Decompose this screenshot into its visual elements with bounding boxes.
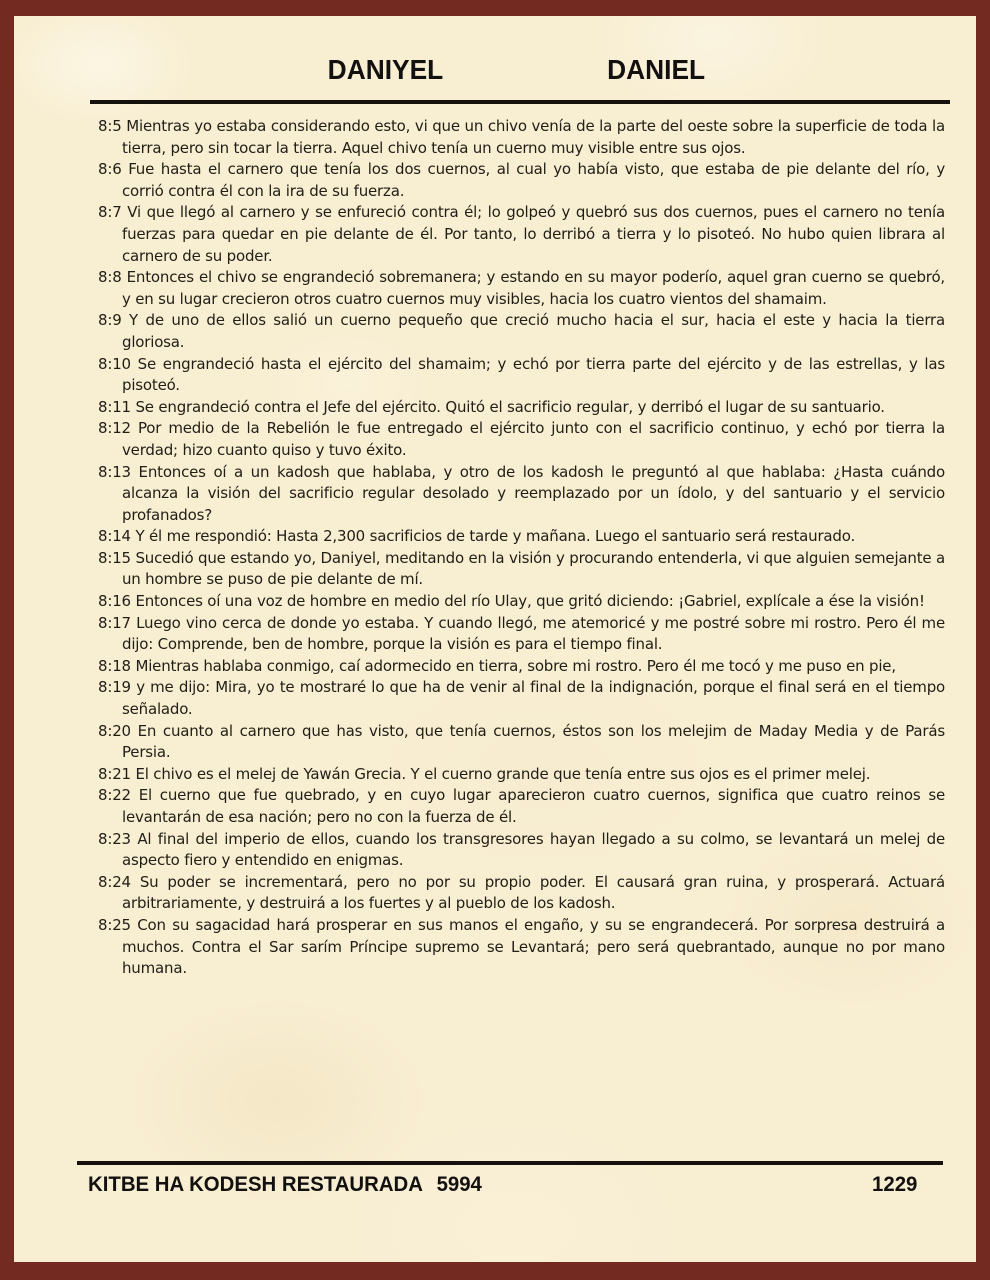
verse-ref: 8:10 <box>98 355 131 373</box>
verse: 8:14 Y él me respondió: Hasta 2,300 sacr… <box>98 526 945 548</box>
verse-ref: 8:24 <box>98 873 131 891</box>
verse-ref: 8:9 <box>98 311 122 329</box>
verse-ref: 8:22 <box>98 786 131 804</box>
footer-year: 5994 <box>437 1173 482 1196</box>
verse-text: Por medio de la Rebelión le fue entregad… <box>122 419 945 459</box>
verse: 8:7 Vi que llegó al carnero y se enfurec… <box>98 202 945 267</box>
verse-text: Se engrandeció contra el Jefe del ejérci… <box>135 398 884 416</box>
verse-text: Su poder se incrementará, pero no por su… <box>122 873 945 913</box>
verse-ref: 8:6 <box>98 160 122 178</box>
page-number: 1229 <box>872 1173 917 1197</box>
verse-text: Mientras hablaba conmigo, caí adormecido… <box>135 657 895 675</box>
verse: 8:11 Se engrandeció contra el Jefe del e… <box>98 397 945 419</box>
verse-text: Y él me respondió: Hasta 2,300 sacrifici… <box>135 527 855 545</box>
verse: 8:25 Con su sagacidad hará prosperar en … <box>98 915 945 980</box>
verse-list: 8:5 Mientras yo estaba considerando esto… <box>98 116 945 980</box>
title-transliterated: DANIYEL <box>328 54 444 86</box>
verse-ref: 8:18 <box>98 657 131 675</box>
verse-ref: 8:23 <box>98 830 131 848</box>
verse-ref: 8:5 <box>98 117 122 135</box>
verse-text: Con su sagacidad hará prosperar en sus m… <box>122 916 945 977</box>
verse-text: Vi que llegó al carnero y se enfureció c… <box>122 203 945 264</box>
verse-text: Fue hasta el carnero que tenía los dos c… <box>122 160 945 200</box>
verse: 8:12 Por medio de la Rebelión le fue ent… <box>98 418 945 461</box>
verse-text: En cuanto al carnero que has visto, que … <box>122 722 945 762</box>
verse-text: Entonces oí una voz de hombre en medio d… <box>135 592 924 610</box>
book-page: DANIYEL DANIEL 8:5 Mientras yo estaba co… <box>0 0 990 1280</box>
verse-text: Luego vino cerca de donde yo estaba. Y c… <box>122 614 945 654</box>
verse-ref: 8:15 <box>98 549 131 567</box>
verse-text: Entonces el chivo se engrandeció sobrema… <box>122 268 945 308</box>
verse: 8:23 Al final del imperio de ellos, cuan… <box>98 829 945 872</box>
verse-text: Mientras yo estaba considerando esto, vi… <box>122 117 945 157</box>
page-footer: KITBE HA KODESH RESTAURADA5994 1229 <box>88 1173 917 1197</box>
verse-text: Y de uno de ellos salió un cuerno pequeñ… <box>122 311 945 351</box>
verse-ref: 8:19 <box>98 678 131 696</box>
verse: 8:22 El cuerno que fue quebrado, y en cu… <box>98 785 945 828</box>
verse: 8:6 Fue hasta el carnero que tenía los d… <box>98 159 945 202</box>
verse: 8:16 Entonces oí una voz de hombre en me… <box>98 591 945 613</box>
verse: 8:13 Entonces oí a un kadosh que hablaba… <box>98 462 945 527</box>
verse-text: Se engrandeció hasta el ejército del sha… <box>122 355 945 395</box>
verse-ref: 8:7 <box>98 203 122 221</box>
verse: 8:21 El chivo es el melej de Yawán Greci… <box>98 764 945 786</box>
verse-ref: 8:16 <box>98 592 131 610</box>
verse-text: Entonces oí a un kadosh que hablaba, y o… <box>122 463 945 524</box>
verse-ref: 8:11 <box>98 398 131 416</box>
verse: 8:17 Luego vino cerca de donde yo estaba… <box>98 613 945 656</box>
verse: 8:18 Mientras hablaba conmigo, caí adorm… <box>98 656 945 678</box>
verse: 8:10 Se engrandeció hasta el ejército de… <box>98 354 945 397</box>
verse: 8:19 y me dijo: Mira, yo te mostraré lo … <box>98 677 945 720</box>
header-divider <box>90 100 950 104</box>
verse-text: Sucedió que estando yo, Daniyel, meditan… <box>122 549 945 589</box>
verse: 8:5 Mientras yo estaba considerando esto… <box>98 116 945 159</box>
book-title-text: KITBE HA KODESH RESTAURADA <box>88 1173 423 1196</box>
title-translated: DANIEL <box>607 54 705 86</box>
verse: 8:20 En cuanto al carnero que has visto,… <box>98 721 945 764</box>
verse-ref: 8:13 <box>98 463 131 481</box>
verse-text: Al final del imperio de ellos, cuando lo… <box>122 830 945 870</box>
verse-ref: 8:25 <box>98 916 131 934</box>
verse: 8:24 Su poder se incrementará, pero no p… <box>98 872 945 915</box>
verse: 8:8 Entonces el chivo se engrandeció sob… <box>98 267 945 310</box>
verse-ref: 8:14 <box>98 527 131 545</box>
footer-book-title: KITBE HA KODESH RESTAURADA5994 <box>88 1173 482 1197</box>
verse-ref: 8:17 <box>98 614 131 632</box>
verse-text: El chivo es el melej de Yawán Grecia. Y … <box>135 765 870 783</box>
verse-ref: 8:12 <box>98 419 131 437</box>
verse: 8:15 Sucedió que estando yo, Daniyel, me… <box>98 548 945 591</box>
verse-text: El cuerno que fue quebrado, y en cuyo lu… <box>122 786 945 826</box>
verse-text: y me dijo: Mira, yo te mostraré lo que h… <box>122 678 945 718</box>
verse-ref: 8:20 <box>98 722 131 740</box>
verse-ref: 8:21 <box>98 765 131 783</box>
verse: 8:9 Y de uno de ellos salió un cuerno pe… <box>98 310 945 353</box>
footer-divider <box>77 1161 943 1165</box>
verse-ref: 8:8 <box>98 268 122 286</box>
page-header: DANIYEL DANIEL <box>0 54 990 86</box>
